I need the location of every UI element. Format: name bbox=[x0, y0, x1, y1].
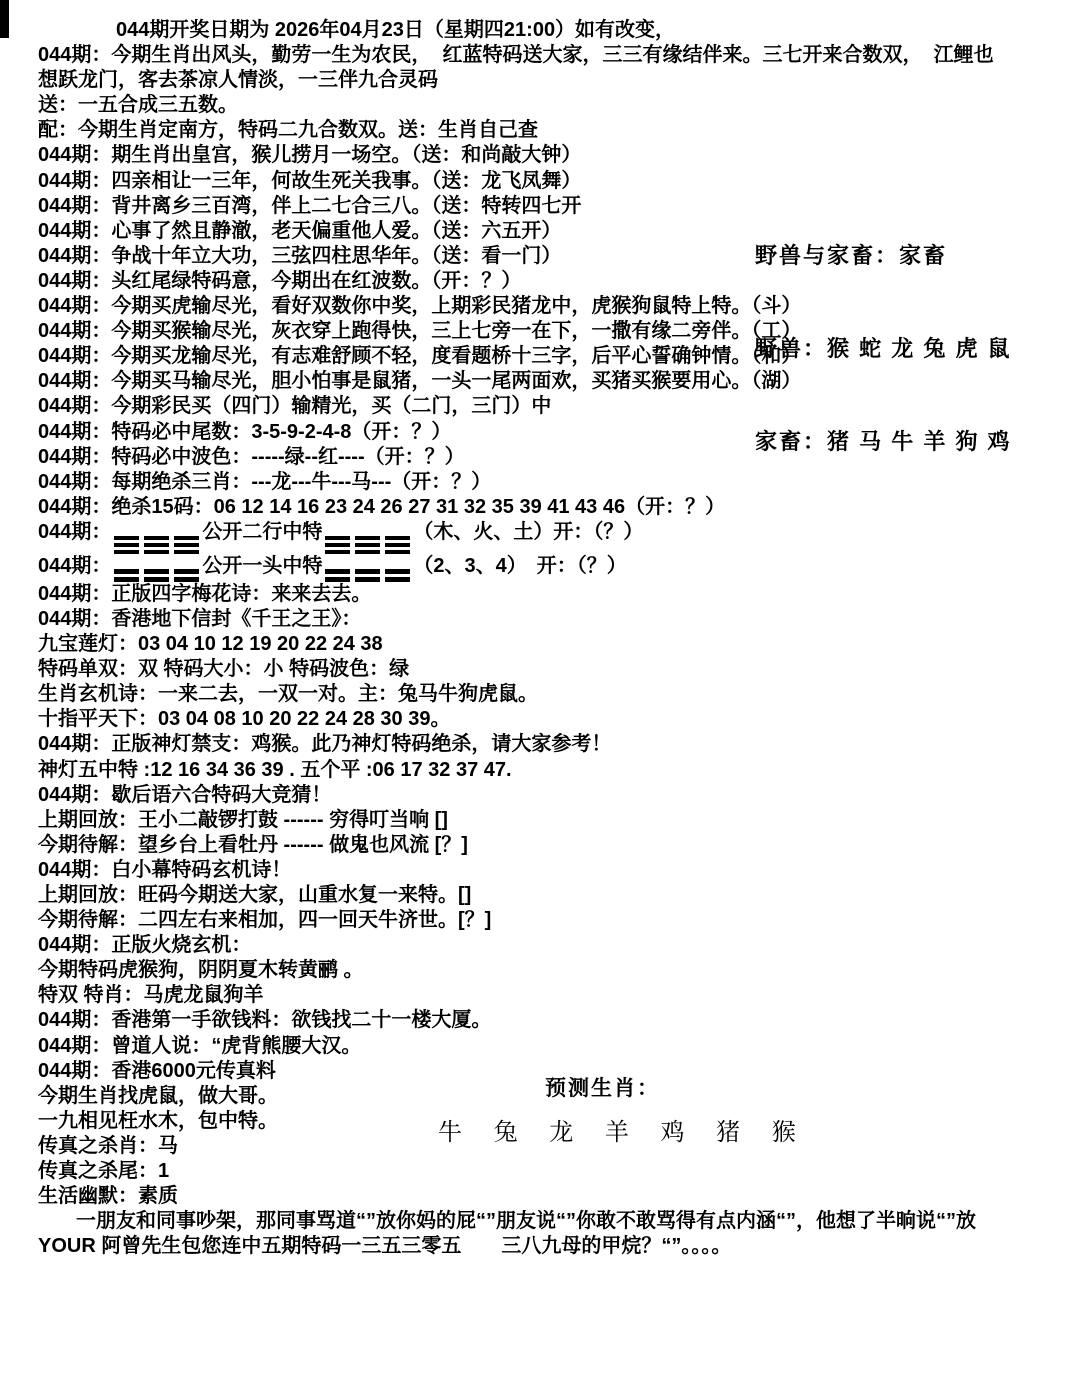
beasts-vs-domestic-block: 野兽与家畜：家畜 野兽：猴 蛇 龙 兔 虎 鼠 家畜：猪 马 牛 羊 狗 鸡 bbox=[755, 178, 1012, 519]
text-line: 044期：正版神灯禁支：鸡猴。此乃神灯特码绝杀，请大家参考！ bbox=[38, 732, 1038, 757]
text-line: 神灯五中特 :12 16 34 36 39 . 五个平 :06 17 32 37… bbox=[38, 758, 1038, 783]
text-line: 生活幽默：素质 bbox=[38, 1184, 1038, 1209]
text-line: 044期：正版火烧玄机： bbox=[38, 933, 1038, 958]
text-line: 一朋友和同事吵架，那同事骂道“”放你妈的屁“”朋友说“”你敢不敢骂得有点内涵“”… bbox=[38, 1209, 1038, 1234]
text-line: 特双 特肖：马虎龙鼠狗羊 bbox=[38, 983, 1038, 1008]
text-line: 上期回放：王小二敲锣打鼓 ------ 穷得叮当响 [] bbox=[38, 808, 1038, 833]
black-bars-icon bbox=[114, 536, 199, 554]
text-line: 044期：公开二行中特（木、火、土）开：（？） bbox=[38, 520, 1038, 554]
prediction-zodiac-label: 预测生肖： bbox=[545, 1072, 660, 1102]
beasts-block-title: 野兽与家畜：家畜 bbox=[755, 240, 1012, 271]
text-line: 十指平天下：03 04 08 10 20 22 24 28 30 39。 bbox=[38, 707, 1038, 732]
text-line: 生肖玄机诗：一来二去，一双一对。主：兔马牛狗虎鼠。 bbox=[38, 682, 1038, 707]
text-line: 044期：曾道人说：“虎背熊腰大汉。 bbox=[38, 1034, 1038, 1059]
domestic-animals-line: 家畜：猪 马 牛 羊 狗 鸡 bbox=[755, 426, 1012, 457]
text-line: 想跃龙门，客去茶凉人情淡，一三伴九合灵码 bbox=[38, 68, 1038, 93]
text-line: YOUR 阿曾先生包您连中五期特码一三五三零五 三八九母的甲烷？“”。。。。 bbox=[38, 1234, 1038, 1259]
text-line: 044期：歇后语六合特码大竞猜！ bbox=[38, 783, 1038, 808]
text-line: 044期：正版四字梅花诗：来来去去。 bbox=[38, 582, 1038, 607]
text-line: 今期待解：望乡台上看牡丹 ------ 做鬼也风流 [？] bbox=[38, 833, 1038, 858]
text-line: 044期：白小幕特码玄机诗！ bbox=[38, 858, 1038, 883]
text-line: 配：今期生肖定南方，特码二九合数双。送：生肖自己查 bbox=[38, 118, 1038, 143]
text-line: 今期生肖找虎鼠，做大哥。 bbox=[38, 1084, 1038, 1109]
text-line: 044期：香港第一手欲钱料：欲钱找二十一楼大厦。 bbox=[38, 1008, 1038, 1033]
lottery-tip-sheet: 044期开奖日期为 2026年04月23日（星期四21:00）如有改变，044期… bbox=[0, 0, 1072, 1388]
text-line: 044期：公开一头中特（2、3、4） 开：（？） bbox=[38, 554, 1038, 582]
black-bars-icon bbox=[325, 569, 410, 582]
wild-beasts-line: 野兽：猴 蛇 龙 兔 虎 鼠 bbox=[755, 333, 1012, 364]
prediction-zodiac-animals: 牛 兔 龙 羊 鸡 猪 猴 bbox=[438, 1112, 808, 1147]
text-line: 今期待解：二四左右来相加，四一回天牛济世。[？] bbox=[38, 908, 1038, 933]
text-line: 044期：香港6000元传真料 bbox=[38, 1059, 1038, 1084]
black-bars-icon bbox=[325, 536, 410, 554]
text-line: 044期：香港地下信封《千王之王》： bbox=[38, 607, 1038, 632]
text-line: 传真之杀尾：1 bbox=[38, 1159, 1038, 1184]
text-line: 今期特码虎猴狗，阴阴夏木转黄鹂 。 bbox=[38, 958, 1038, 983]
text-line: 特码单双：双 特码大小：小 特码波色：绿 bbox=[38, 657, 1038, 682]
text-line: 上期回放：旺码今期送大家，山重水复一来特。[] bbox=[38, 883, 1038, 908]
text-line: 送：一五合成三五数。 bbox=[38, 93, 1038, 118]
page-edge-mark bbox=[0, 0, 9, 38]
black-bars-icon bbox=[114, 569, 199, 582]
text-line: 044期：今期生肖出风头，勤劳一生为农民， 红蓝特码送大家，三三有缘结伴来。三七… bbox=[38, 43, 1038, 68]
text-line: 九宝莲灯：03 04 10 12 19 20 22 24 38 bbox=[38, 632, 1038, 657]
text-line: 044期：期生肖出皇宫，猴儿捞月一场空。（送：和尚敲大钟） bbox=[38, 143, 1038, 168]
text-line: 044期开奖日期为 2026年04月23日（星期四21:00）如有改变， bbox=[38, 18, 1038, 43]
